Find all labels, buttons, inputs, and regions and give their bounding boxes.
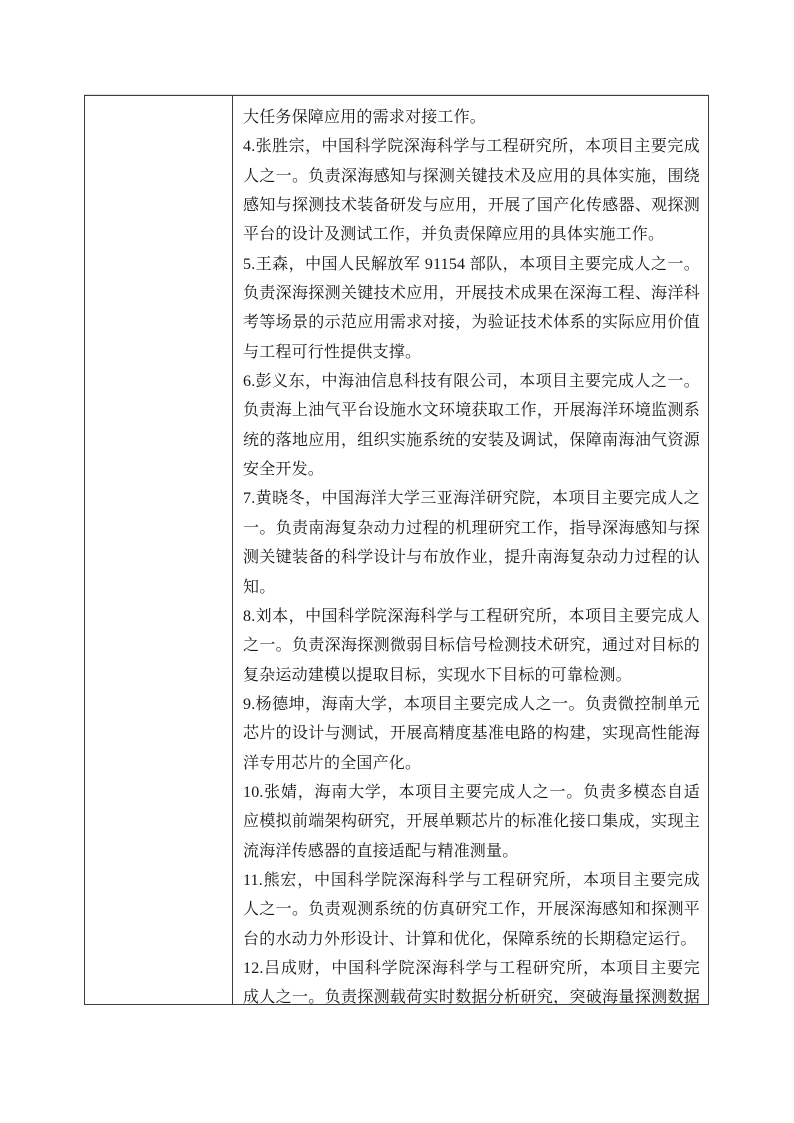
paragraph-completer-12: 12.吕成财，中国科学院深海科学与工程研究所，本项目主要完成人之一。负责探测载荷… [243, 954, 700, 1004]
paragraph-completer-4: 4.张胜宗，中国科学院深海科学与工程研究所，本项目主要完成人之一。负责深海感知与… [243, 132, 700, 249]
completers-table: 大任务保障应用的需求对接工作。 4.张胜宗，中国科学院深海科学与工程研究所，本项… [84, 95, 709, 1005]
document-page: 大任务保障应用的需求对接工作。 4.张胜宗，中国科学院深海科学与工程研究所，本项… [0, 0, 794, 1123]
paragraph-completer-11: 11.熊宏，中国科学院深海科学与工程研究所，本项目主要完成人之一。负责观测系统的… [243, 866, 700, 954]
paragraph-completer-8: 8.刘本，中国科学院深海科学与工程研究所，本项目主要完成人之一。负责深海探测微弱… [243, 602, 700, 690]
table-cell-content-column: 大任务保障应用的需求对接工作。 4.张胜宗，中国科学院深海科学与工程研究所，本项… [233, 96, 708, 1004]
paragraph-completer-5: 5.王森，中国人民解放军 91154 部队，本项目主要完成人之一。负责深海探测关… [243, 250, 700, 367]
paragraph-completer-7: 7.黄晓冬，中国海洋大学三亚海洋研究院，本项目主要完成人之一。负责南海复杂动力过… [243, 484, 700, 601]
table-cell-label-column [85, 96, 233, 1004]
paragraph-carryover: 大任务保障应用的需求对接工作。 [243, 103, 700, 132]
paragraph-completer-6: 6.彭义东，中海油信息科技有限公司，本项目主要完成人之一。负责海上油气平台设施水… [243, 367, 700, 484]
paragraph-completer-10: 10.张婧，海南大学，本项目主要完成人之一。负责多模态自适应模拟前端架构研究，开… [243, 778, 700, 866]
paragraph-completer-9: 9.杨德坤，海南大学，本项目主要完成人之一。负责微控制单元芯片的设计与测试，开展… [243, 690, 700, 778]
